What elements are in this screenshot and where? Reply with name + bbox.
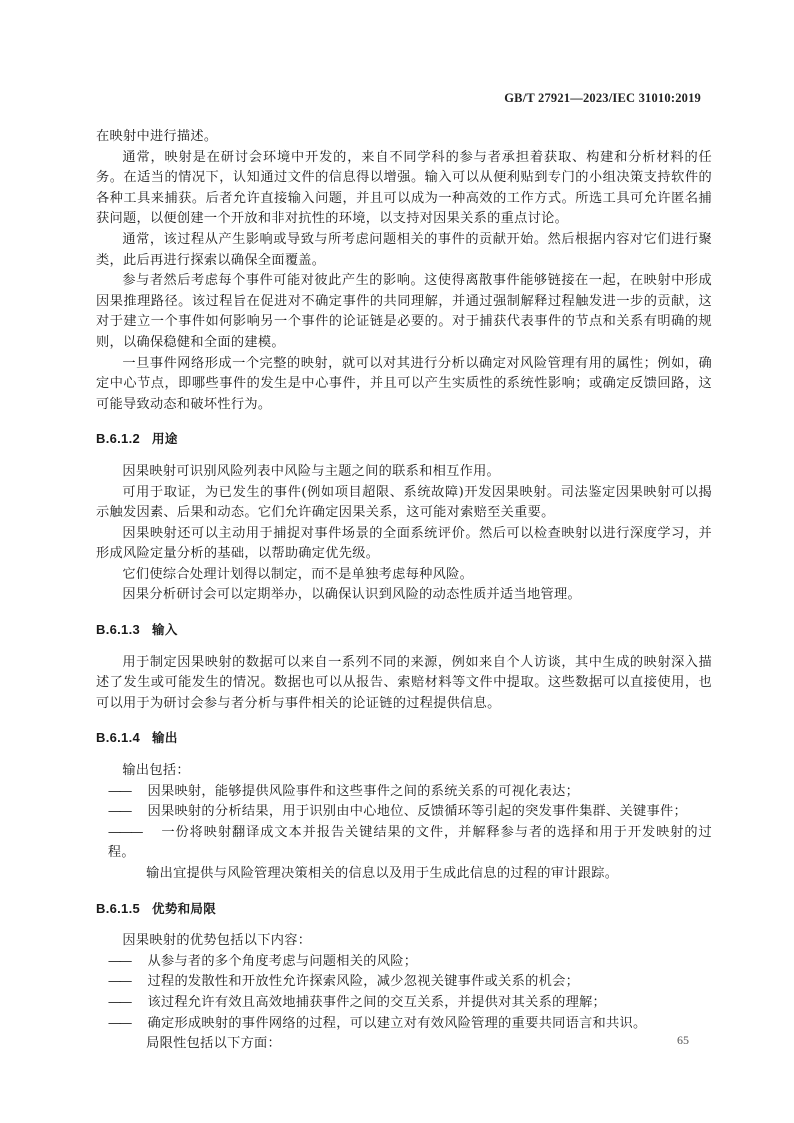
dash-marker: —— (108, 972, 148, 993)
paragraph: 在映射中进行描述。 (96, 127, 712, 148)
paragraph: 因果映射还可以主动用于捕捉对事件场景的全面系统评价。然后可以检查映射以进行深度学… (96, 524, 712, 565)
section-title: 优势和局限 (152, 901, 216, 916)
standard-code-header: GB/T 27921—2023/IEC 31010:2019 (504, 91, 701, 106)
section-heading-usage: B.6.1.2用途 (96, 429, 712, 450)
list-item: ——该过程允许有效且高效地捕获事件之间的交互关系，并提供对其关系的理解； (96, 993, 712, 1014)
paragraph: 输出宜提供与风险管理决策相关的信息以及用于生成此信息的过程的审计跟踪。 (96, 864, 712, 885)
section-title: 用途 (152, 431, 178, 446)
list-item: ———一份将映射翻译成文本并报告关键结果的文件，并解释参与者的选择和用于开发映射… (96, 823, 712, 864)
list-lead: 输出包括： (96, 761, 712, 782)
dash-marker: ——— (108, 823, 161, 844)
section-number: B.6.1.4 (96, 730, 140, 745)
section-heading-strengths-limitations: B.6.1.5优势和局限 (96, 899, 712, 920)
list-item: ——过程的发散性和开放性允许探索风险，减少忽视关键事件或关系的机会； (96, 972, 712, 993)
paragraph: 通常，该过程从产生影响或导致与所考虑问题相关的事件的贡献开始。然后根据内容对它们… (96, 230, 712, 271)
dash-marker: —— (108, 952, 148, 973)
list-item: ——因果映射，能够提供风险事件和这些事件之间的系统关系的可视化表达； (96, 782, 712, 803)
dash-marker: —— (108, 993, 148, 1014)
list-lead: 因果映射的优势包括以下内容： (96, 931, 712, 952)
section-heading-output: B.6.1.4输出 (96, 728, 712, 749)
paragraph: 它们使综合处理计划得以制定，而不是单独考虑每种风险。 (96, 565, 712, 586)
dash-marker: —— (108, 782, 148, 803)
paragraph: 用于制定因果映射的数据可以来自一系列不同的来源，例如来自个人访谈，其中生成的映射… (96, 653, 712, 715)
paragraph: 因果分析研讨会可以定期举办，以确保认识到风险的动态性质并适当地管理。 (96, 585, 712, 606)
page-number: 65 (677, 1033, 689, 1048)
section-number: B.6.1.2 (96, 431, 140, 446)
paragraph: 参与者然后考虑每个事件可能对彼此产生的影响。这使得离散事件能够链接在一起，在映射… (96, 271, 712, 353)
list-item: ——从参与者的多个角度考虑与问题相关的风险； (96, 952, 712, 973)
paragraph: 因果映射可识别风险列表中风险与主题之间的联系和相互作用。 (96, 462, 712, 483)
section-title: 输出 (152, 730, 178, 745)
dash-marker: —— (108, 1014, 148, 1035)
dash-marker: —— (108, 802, 148, 823)
paragraph: 通常，映射是在研讨会环境中开发的，来自不同学科的参与者承担着获取、构建和分析材料… (96, 148, 712, 230)
paragraph: 可用于取证，为已发生的事件(例如项目超限、系统故障)开发因果映射。司法鉴定因果映… (96, 483, 712, 524)
paragraph: 一旦事件网络形成一个完整的映射，就可以对其进行分析以确定对风险管理有用的属性；例… (96, 354, 712, 416)
paragraph: 局限性包括以下方面： (96, 1034, 712, 1055)
document-body: 在映射中进行描述。 通常，映射是在研讨会环境中开发的，来自不同学科的参与者承担着… (96, 127, 712, 1055)
list-item: ——因果映射的分析结果，用于识别由中心地位、反馈循环等引起的突发事件集群、关键事… (96, 802, 712, 823)
section-heading-input: B.6.1.3输入 (96, 620, 712, 641)
list-item: ——确定形成映射的事件网络的过程，可以建立对有效风险管理的重要共同语言和共识。 (96, 1014, 712, 1035)
section-title: 输入 (152, 622, 178, 637)
section-number: B.6.1.3 (96, 622, 140, 637)
section-number: B.6.1.5 (96, 901, 140, 916)
